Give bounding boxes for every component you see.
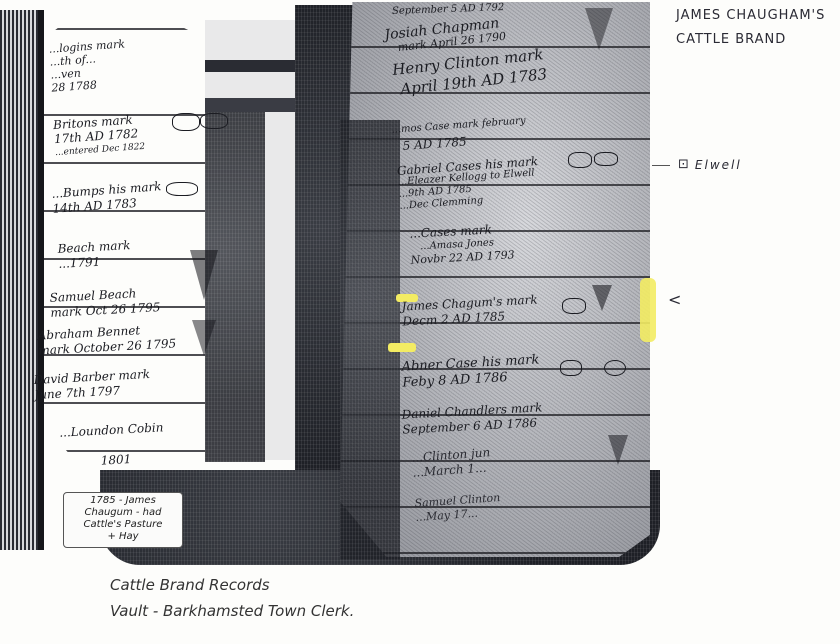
brand-mark-icon [560,360,582,376]
brand-mark-icon [568,152,592,168]
elwell-annotation: ⊡ Elwell [672,157,742,172]
sticky-note-line4: + Hay [68,531,178,543]
gap-dark-band-2 [205,98,300,112]
right-page-dark-fold [340,120,400,560]
brand-v-mark-icon [190,250,218,300]
title-annotation-line2: CATTLE BRAND [676,28,825,52]
left-binding-line [38,10,44,550]
brand-v-mark-icon [608,435,628,465]
brand-mark-icon [172,113,200,131]
left-entry-1: Britons mark 17th AD 1782 ...entered Dec… [53,112,146,160]
brand-v-mark-icon [592,285,612,311]
left-entry-3: Beach mark ...1791 [57,238,131,272]
left-entry-4: Samuel Beach mark Oct 26 1795 [49,285,161,321]
left-entry-0: ...logins mark ...th of... ...ven 28 178… [48,37,128,94]
highlight-margin [640,278,656,342]
sticky-note: 1785 - James Chaugum - had Cattle's Past… [63,492,183,548]
elwell-text: Elwell [695,158,742,172]
right-entry-9: ...Clinton jun ...March 1... [411,445,492,480]
brand-mark-icon [166,182,198,196]
sticky-note-line3: Cattle's Pasture [68,519,178,531]
brand-v-mark-icon [192,320,216,356]
left-book-edge [0,10,40,550]
gap-dark-band [205,60,300,72]
sticky-note-line1: 1785 - James [68,495,178,507]
arrow-left-icon: < [668,290,681,309]
caption: Cattle Brand Records Vault - Barkhamsted… [110,572,354,624]
sticky-note-line2: Chaugum - had [68,507,178,519]
brand-mark-icon [594,152,618,166]
caption-line1: Cattle Brand Records [110,572,354,598]
brand-mark-icon [200,113,228,129]
brand-mark-icon [562,298,586,314]
elwell-brand-glyph-icon: ⊡ [678,157,689,172]
title-annotation-line1: JAMES CHAUGHAM'S [676,4,825,28]
right-entry-5: ...Cases mark ...Amasa Jones Novbr 22 AD… [409,222,515,266]
elwell-pointer-line [652,165,670,166]
right-entry-10: Samuel Clinton ...May 17... [414,491,502,525]
brand-v-mark-icon [585,8,613,50]
left-entry-7: ...Loundon Cobin 1801 [59,412,166,477]
caption-line2: Vault - Barkhamsted Town Clerk. [110,598,354,624]
left-entry-6: David Barber mark June 7th 1797 [33,367,151,403]
title-annotation: JAMES CHAUGHAM'S CATTLE BRAND [676,4,825,52]
right-entry-4: Gabriel Cases his mark ...Eleazer Kellog… [396,155,540,213]
highlight-mark-2 [388,343,416,352]
brand-mark-icon [604,360,626,376]
